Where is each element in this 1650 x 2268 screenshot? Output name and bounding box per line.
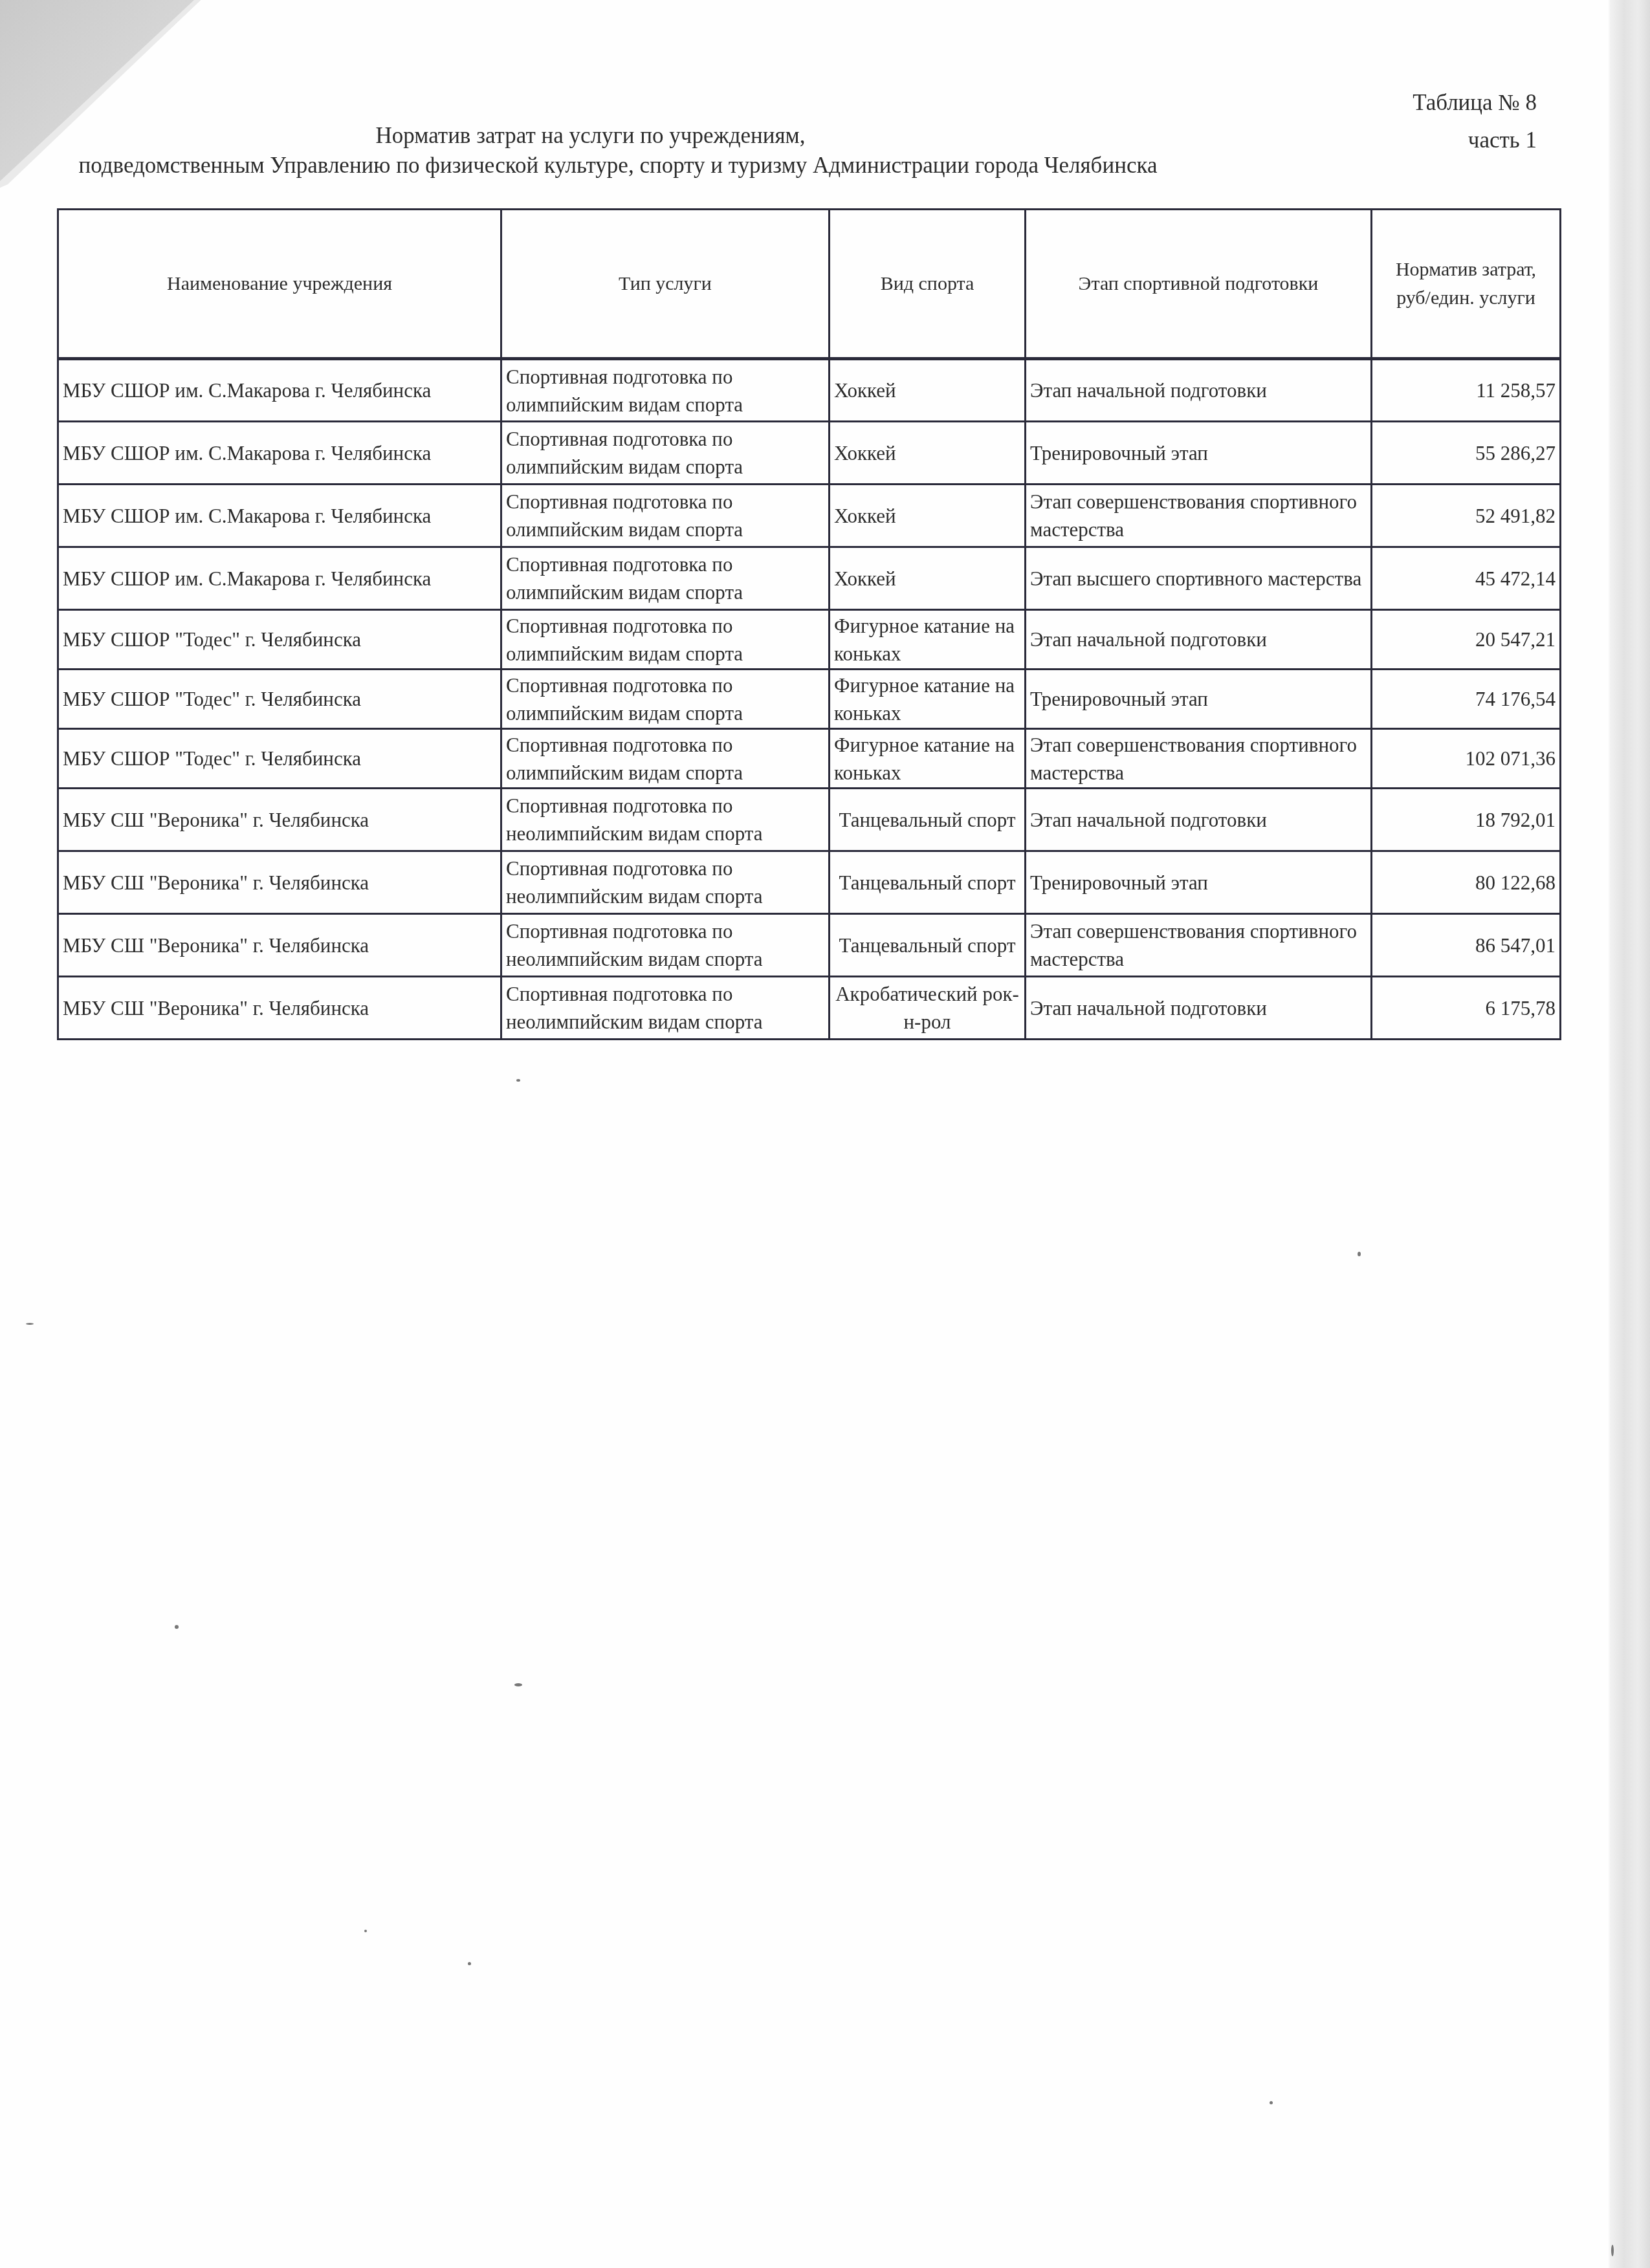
scan-speck	[175, 1625, 179, 1629]
cell-cost: 52 491,82	[1372, 485, 1561, 547]
cell-cost: 86 547,01	[1372, 914, 1561, 977]
cell-cost: 18 792,01	[1372, 789, 1561, 851]
header-cost: Норматив затрат, руб/един. услуги	[1372, 210, 1561, 359]
cell-institution: МБУ СШ "Вероника" г. Челябинска	[58, 914, 501, 977]
cell-cost: 74 176,54	[1372, 670, 1561, 729]
scan-speck	[1611, 2245, 1614, 2256]
cell-institution: МБУ СШ "Вероника" г. Челябинска	[58, 977, 501, 1040]
cell-stage: Этап совершенствования спортивного масте…	[1026, 485, 1372, 547]
cell-cost: 45 472,14	[1372, 547, 1561, 610]
header-institution: Наименование учреждения	[58, 210, 501, 359]
cell-stage: Этап начальной подготовки	[1026, 977, 1372, 1040]
cell-sport: Танцевальный спорт	[830, 914, 1026, 977]
scan-speck	[468, 1962, 471, 1965]
table-row: МБУ СШОР "Тодес" г. ЧелябинскаСпортивная…	[58, 670, 1561, 729]
cell-institution: МБУ СШОР им. С.Макарова г. Челябинска	[58, 547, 501, 610]
cell-institution: МБУ СШОР им. С.Макарова г. Челябинска	[58, 359, 501, 422]
cell-sport: Хоккей	[830, 547, 1026, 610]
cell-sport: Акробатический рок-н-рол	[830, 977, 1026, 1040]
cell-institution: МБУ СШОР "Тодес" г. Челябинска	[58, 610, 501, 670]
document-title-line-1: Норматив затрат на услуги по учреждениям…	[6, 120, 1174, 151]
cell-stage: Этап высшего спортивного мастерства	[1026, 547, 1372, 610]
cell-cost: 80 122,68	[1372, 851, 1561, 914]
cell-service-type: Спортивная подготовка по олимпийским вид…	[501, 422, 830, 485]
cell-cost: 6 175,78	[1372, 977, 1561, 1040]
table-part: часть 1	[1413, 122, 1537, 159]
header-sport: Вид спорта	[830, 210, 1026, 359]
cell-cost: 55 286,27	[1372, 422, 1561, 485]
cell-service-type: Спортивная подготовка по олимпийским вид…	[501, 547, 830, 610]
cell-sport: Танцевальный спорт	[830, 789, 1026, 851]
document-title-line-2: подведомственным Управлению по физическо…	[13, 150, 1223, 181]
cell-cost: 20 547,21	[1372, 610, 1561, 670]
header-stage: Этап спортивной подготовки	[1026, 210, 1372, 359]
cell-service-type: Спортивная подготовка по неолимпийским в…	[501, 851, 830, 914]
cell-stage: Тренировочный этап	[1026, 670, 1372, 729]
cell-stage: Этап совершенствования спортивного масте…	[1026, 729, 1372, 789]
cell-sport: Танцевальный спорт	[830, 851, 1026, 914]
table-row: МБУ СШОР "Тодес" г. ЧелябинскаСпортивная…	[58, 610, 1561, 670]
cell-institution: МБУ СШОР "Тодес" г. Челябинска	[58, 670, 501, 729]
scan-speck	[1270, 2101, 1273, 2104]
scan-speck	[364, 1930, 367, 1932]
cell-institution: МБУ СШОР "Тодес" г. Челябинска	[58, 729, 501, 789]
cell-stage: Тренировочный этап	[1026, 851, 1372, 914]
table-number-label: Таблица № 8 часть 1	[1413, 84, 1537, 159]
cell-sport: Хоккей	[830, 422, 1026, 485]
cell-stage: Этап совершенствования спортивного масте…	[1026, 914, 1372, 977]
scan-speck	[26, 1323, 34, 1325]
cell-institution: МБУ СШ "Вероника" г. Челябинска	[58, 851, 501, 914]
cell-cost: 102 071,36	[1372, 729, 1561, 789]
table-row: МБУ СШОР "Тодес" г. ЧелябинскаСпортивная…	[58, 729, 1561, 789]
cell-institution: МБУ СШ "Вероника" г. Челябинска	[58, 789, 501, 851]
cell-stage: Этап начальной подготовки	[1026, 789, 1372, 851]
table-row: МБУ СШ "Вероника" г. ЧелябинскаСпортивна…	[58, 977, 1561, 1040]
scan-speck	[1358, 1252, 1361, 1256]
table-row: МБУ СШОР им. С.Макарова г. ЧелябинскаСпо…	[58, 547, 1561, 610]
cell-service-type: Спортивная подготовка по неолимпийским в…	[501, 789, 830, 851]
cell-institution: МБУ СШОР им. С.Макарова г. Челябинска	[58, 422, 501, 485]
cell-stage: Этап начальной подготовки	[1026, 359, 1372, 422]
cell-sport: Хоккей	[830, 485, 1026, 547]
table-row: МБУ СШОР им. С.Макарова г. ЧелябинскаСпо…	[58, 359, 1561, 422]
cell-institution: МБУ СШОР им. С.Макарова г. Челябинска	[58, 485, 501, 547]
cell-sport: Фигурное катание на коньках	[830, 729, 1026, 789]
cell-service-type: Спортивная подготовка по неолимпийским в…	[501, 914, 830, 977]
table-header-row: Наименование учреждения Тип услуги Вид с…	[58, 210, 1561, 359]
cell-sport: Хоккей	[830, 359, 1026, 422]
cell-service-type: Спортивная подготовка по олимпийским вид…	[501, 670, 830, 729]
table-row: МБУ СШ "Вероника" г. ЧелябинскаСпортивна…	[58, 914, 1561, 977]
cell-stage: Этап начальной подготовки	[1026, 610, 1372, 670]
scan-edge-strip	[1609, 0, 1650, 2268]
scan-speck	[514, 1683, 522, 1686]
cell-sport: Фигурное катание на коньках	[830, 670, 1026, 729]
cell-service-type: Спортивная подготовка по неолимпийским в…	[501, 977, 830, 1040]
header-service-type: Тип услуги	[501, 210, 830, 359]
cell-service-type: Спортивная подготовка по олимпийским вид…	[501, 610, 830, 670]
cell-sport: Фигурное катание на коньках	[830, 610, 1026, 670]
cost-norms-table: Наименование учреждения Тип услуги Вид с…	[57, 208, 1561, 1040]
scan-speck	[516, 1079, 520, 1082]
cell-service-type: Спортивная подготовка по олимпийским вид…	[501, 359, 830, 422]
cell-stage: Тренировочный этап	[1026, 422, 1372, 485]
table-row: МБУ СШ "Вероника" г. ЧелябинскаСпортивна…	[58, 789, 1561, 851]
cell-service-type: Спортивная подготовка по олимпийским вид…	[501, 485, 830, 547]
table-row: МБУ СШ "Вероника" г. ЧелябинскаСпортивна…	[58, 851, 1561, 914]
table-row: МБУ СШОР им. С.Макарова г. ЧелябинскаСпо…	[58, 485, 1561, 547]
table-number: Таблица № 8	[1413, 84, 1537, 122]
cell-service-type: Спортивная подготовка по олимпийским вид…	[501, 729, 830, 789]
cell-cost: 11 258,57	[1372, 359, 1561, 422]
table-row: МБУ СШОР им. С.Макарова г. ЧелябинскаСпо…	[58, 422, 1561, 485]
